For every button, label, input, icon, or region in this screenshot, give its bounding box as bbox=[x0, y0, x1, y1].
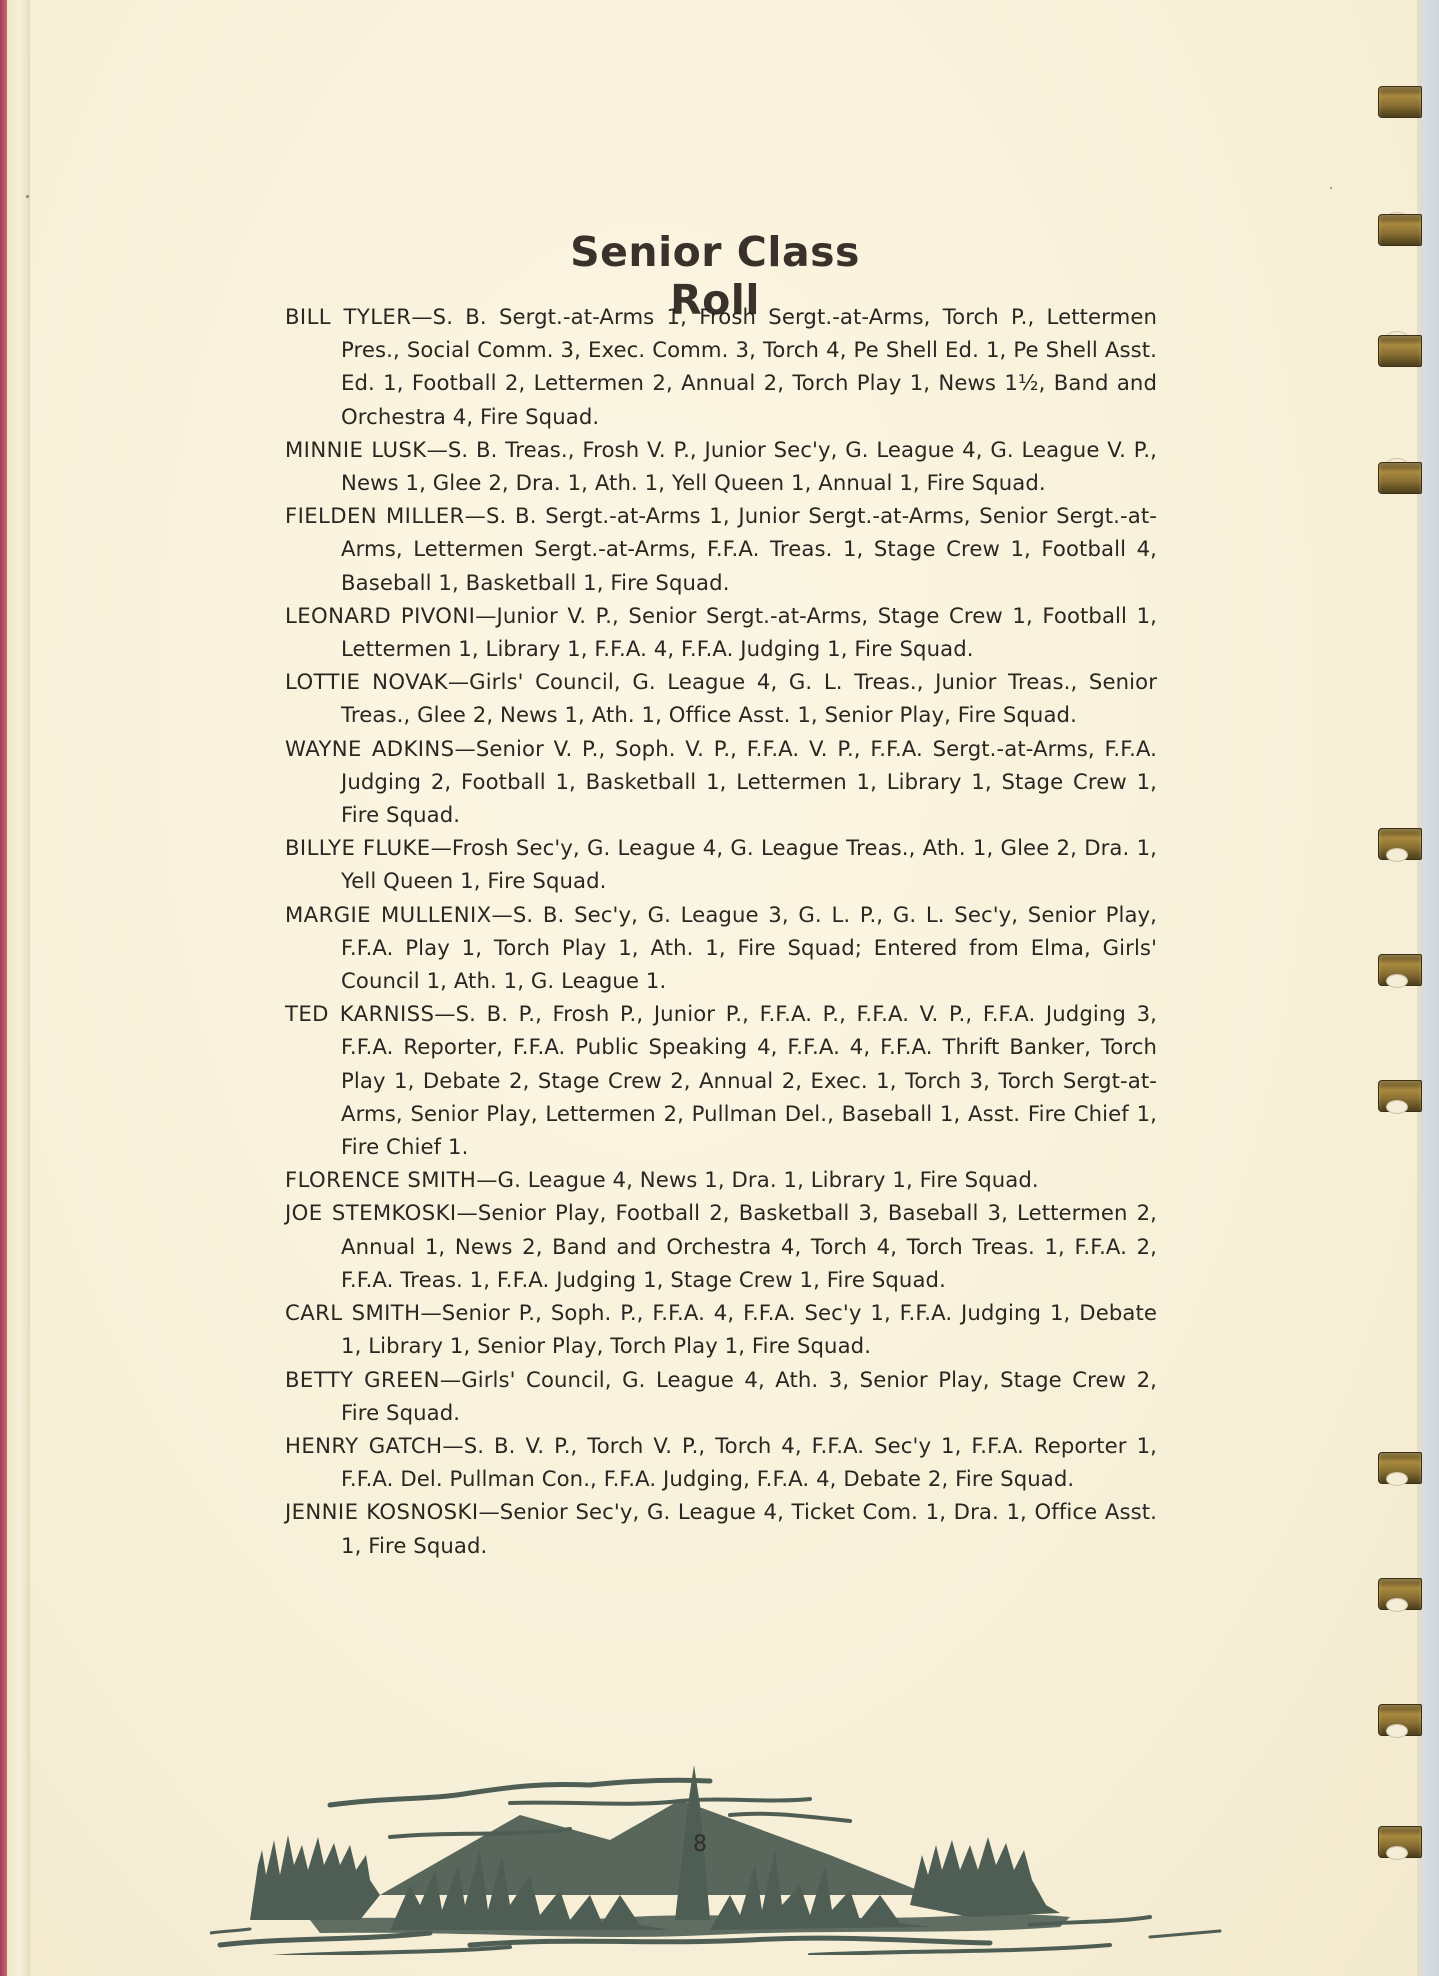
student-name: LOTTIE NOVAK bbox=[285, 669, 448, 694]
roll-entry: CARL SMITH—Senior P., Soph. P., F.F.A. 4… bbox=[285, 1296, 1157, 1362]
separator-dash: — bbox=[475, 603, 496, 628]
punch-hole-icon bbox=[1386, 1472, 1408, 1486]
student-name: JENNIE KOSNOSKI bbox=[285, 1499, 478, 1524]
binder-ring-icon bbox=[1378, 462, 1422, 494]
separator-dash: — bbox=[455, 736, 476, 761]
student-name: HENRY GATCH bbox=[285, 1433, 442, 1458]
separator-dash: — bbox=[411, 304, 432, 329]
binder-ring-icon bbox=[1378, 335, 1422, 367]
student-name: MINNIE LUSK bbox=[285, 437, 427, 462]
roll-entry: MARGIE MULLENIX—S. B. Sec'y, G. League 3… bbox=[285, 898, 1157, 998]
student-name: FIELDEN MILLER bbox=[285, 503, 465, 528]
separator-dash: — bbox=[420, 1300, 441, 1325]
student-name: BILL TYLER bbox=[285, 304, 411, 329]
separator-dash: — bbox=[434, 1001, 455, 1026]
page-right-edge bbox=[1417, 0, 1439, 1976]
page-fold-margin bbox=[7, 0, 30, 1976]
separator-dash: — bbox=[442, 1433, 463, 1458]
separator-dash: — bbox=[465, 503, 486, 528]
binder-ring-icon bbox=[1378, 86, 1422, 118]
student-name: CARL SMITH bbox=[285, 1300, 420, 1325]
separator-dash: — bbox=[440, 1367, 461, 1392]
roll-entry: TED KARNISS—S. B. P., Frosh P., Junior P… bbox=[285, 997, 1157, 1163]
roll-entry: WAYNE ADKINS—Senior V. P., Soph. V. P., … bbox=[285, 732, 1157, 832]
student-activities: Frosh Sec'y, G. League 4, G. League Trea… bbox=[341, 835, 1157, 893]
student-activities: S. B. Sergt.-at-Arms 1, Frosh Sergt.-at-… bbox=[341, 304, 1157, 429]
student-name: LEONARD PIVONI bbox=[285, 603, 475, 628]
roll-entry: FLORENCE SMITH—G. League 4, News 1, Dra.… bbox=[285, 1163, 1157, 1196]
student-name: MARGIE MULLENIX bbox=[285, 902, 492, 927]
student-activities: G. League 4, News 1, Dra. 1, Library 1, … bbox=[498, 1167, 1039, 1192]
separator-dash: — bbox=[478, 1499, 499, 1524]
student-name: FLORENCE SMITH bbox=[285, 1167, 476, 1192]
roll-entry: MINNIE LUSK—S. B. Treas., Frosh V. P., J… bbox=[285, 433, 1157, 499]
separator-dash: — bbox=[427, 437, 448, 462]
student-activities: S. B. V. P., Torch V. P., Torch 4, F.F.A… bbox=[341, 1433, 1157, 1491]
student-activities: S. B. P., Frosh P., Junior P., F.F.A. P.… bbox=[341, 1001, 1157, 1159]
separator-dash: — bbox=[476, 1167, 497, 1192]
roll-entry: BILL TYLER—S. B. Sergt.-at-Arms 1, Frosh… bbox=[285, 300, 1157, 433]
student-activities: Girls' Council, G. League 4, Ath. 3, Sen… bbox=[341, 1367, 1157, 1425]
punch-hole-icon bbox=[1386, 1724, 1408, 1738]
punch-hole-icon bbox=[1386, 1846, 1408, 1860]
roll-entry: BILLYE FLUKE—Frosh Sec'y, G. League 4, G… bbox=[285, 831, 1157, 897]
student-name: BETTY GREEN bbox=[285, 1367, 440, 1392]
punch-hole-icon bbox=[1386, 848, 1408, 862]
punch-hole-icon bbox=[1386, 1598, 1408, 1612]
yearbook-page: Senior Class Roll BILL TYLER—S. B. Sergt… bbox=[0, 0, 1439, 1976]
student-name: WAYNE ADKINS bbox=[285, 736, 455, 761]
punch-hole-icon bbox=[1386, 974, 1408, 988]
roll-entry: LEONARD PIVONI—Junior V. P., Senior Serg… bbox=[285, 599, 1157, 665]
landscape-mountains-trees-icon bbox=[210, 1745, 1230, 1955]
roll-entry: FIELDEN MILLER—S. B. Sergt.-at-Arms 1, J… bbox=[285, 499, 1157, 599]
separator-dash: — bbox=[448, 669, 469, 694]
separator-dash: — bbox=[492, 902, 513, 927]
separator-dash: — bbox=[457, 1200, 478, 1225]
paper-speck bbox=[1330, 187, 1332, 189]
roll-entry: LOTTIE NOVAK—Girls' Council, G. League 4… bbox=[285, 665, 1157, 731]
binder-ring-icon bbox=[1378, 214, 1422, 246]
roll-entry: JENNIE KOSNOSKI—Senior Sec'y, G. League … bbox=[285, 1495, 1157, 1561]
red-cover-binding-edge bbox=[0, 0, 7, 1976]
student-name: TED KARNISS bbox=[285, 1001, 434, 1026]
roll-entry: BETTY GREEN—Girls' Council, G. League 4,… bbox=[285, 1363, 1157, 1429]
paper-speck bbox=[26, 195, 29, 198]
separator-dash: — bbox=[431, 835, 452, 860]
roll-entry: JOE STEMKOSKI—Senior Play, Football 2, B… bbox=[285, 1196, 1157, 1296]
punch-hole-icon bbox=[1386, 1100, 1408, 1114]
student-activities: S. B. Treas., Frosh V. P., Junior Sec'y,… bbox=[341, 437, 1157, 495]
student-name: BILLYE FLUKE bbox=[285, 835, 431, 860]
student-activities: Senior P., Soph. P., F.F.A. 4, F.F.A. Se… bbox=[341, 1300, 1157, 1358]
roll-entry: HENRY GATCH—S. B. V. P., Torch V. P., To… bbox=[285, 1429, 1157, 1495]
page-number: 8 bbox=[693, 1832, 707, 1857]
student-name: JOE STEMKOSKI bbox=[285, 1200, 457, 1225]
senior-class-roll-list: BILL TYLER—S. B. Sergt.-at-Arms 1, Frosh… bbox=[285, 300, 1157, 1562]
